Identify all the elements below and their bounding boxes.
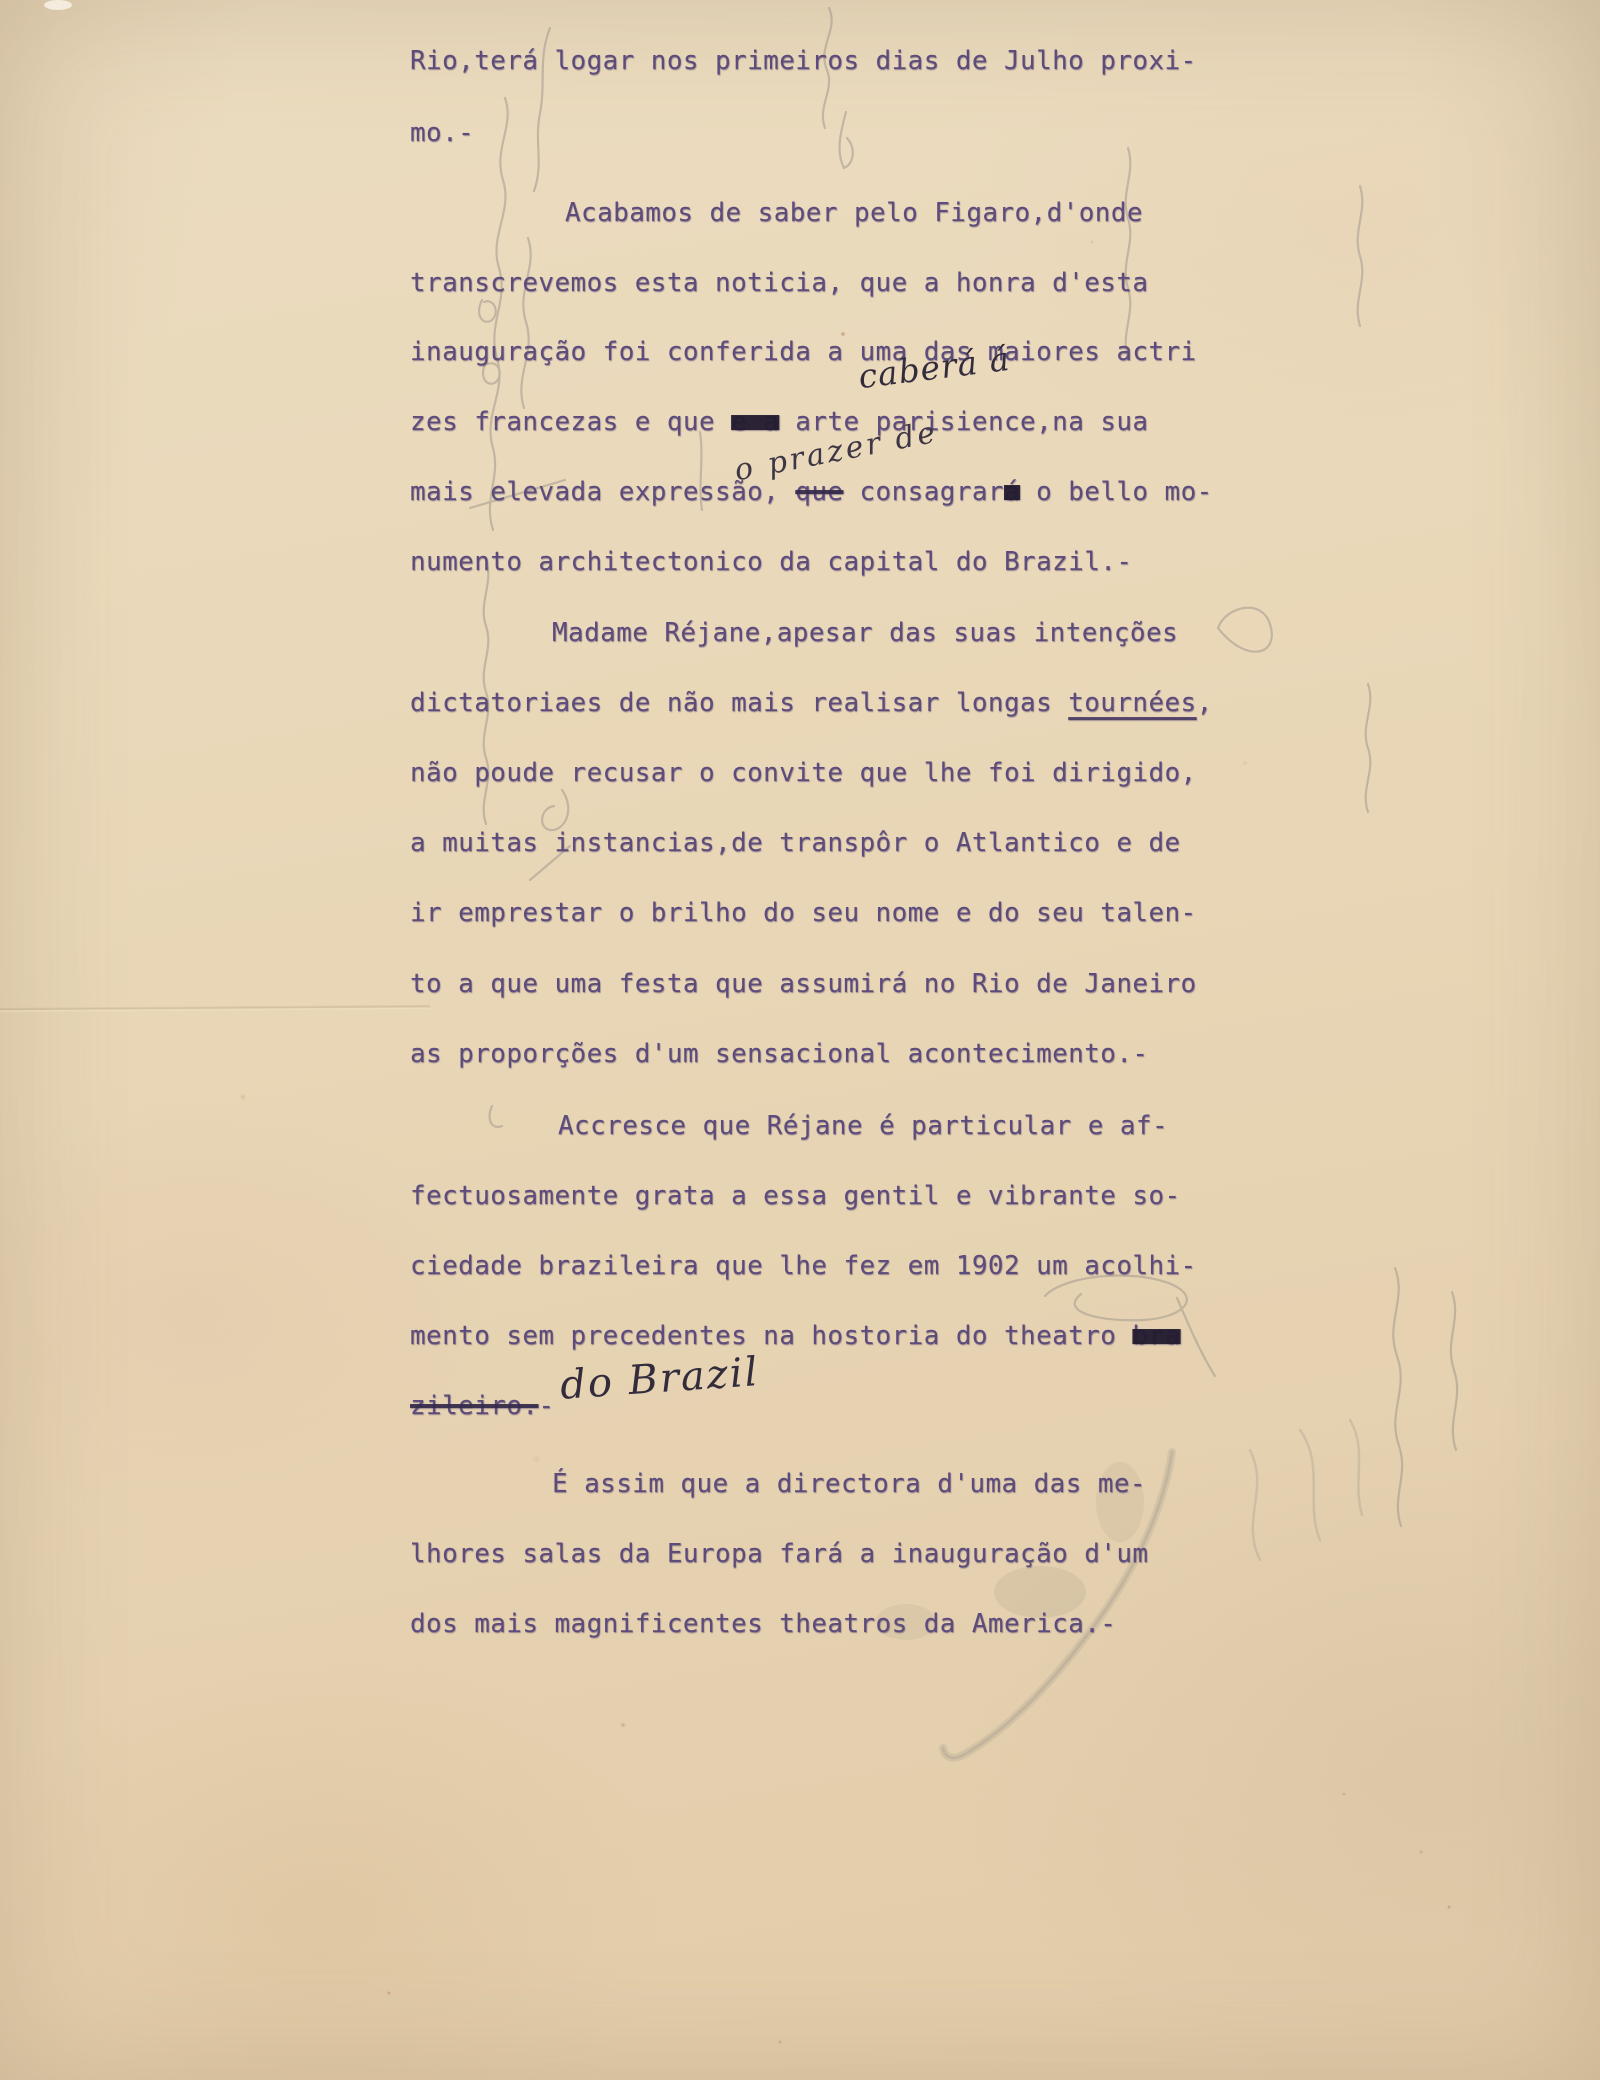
typed-line: não poude recusar o convite que lhe foi … xyxy=(410,758,1197,788)
typed-line: ciedade brazileira que lhe fez em 1902 u… xyxy=(410,1251,1197,1281)
typed-line: as proporções d'um sensacional acontecim… xyxy=(410,1039,1148,1069)
typed-line: mento sem precedentes na hostoria do the… xyxy=(410,1321,1181,1351)
typed-line: a muitas instancias,de transpôr o Atlant… xyxy=(410,828,1181,858)
underlined-text: tournées xyxy=(1068,688,1196,718)
document-page: Rio,terá logar nos primeiros dias de Jul… xyxy=(0,0,1600,2080)
typed-line: lhores salas da Europa fará a inauguraçã… xyxy=(410,1539,1148,1569)
typed-line: fectuosamente grata a essa gentil e vibr… xyxy=(410,1181,1181,1211)
typed-line: É assim que a directora d'uma das me- xyxy=(552,1469,1146,1499)
pencil-squiggle xyxy=(1358,186,1363,326)
typed-line: dictatoriaes de não mais realisar longas… xyxy=(410,688,1213,718)
typed-line: mo.- xyxy=(410,118,474,148)
struck-text: que xyxy=(795,477,843,507)
typed-line: mais elevada expressão, que consagrará o… xyxy=(410,477,1213,507)
typed-line: zileiro.- xyxy=(410,1391,571,1421)
typed-line: numento architectonico da capital do Bra… xyxy=(410,547,1132,577)
pencil-squiggle xyxy=(490,1106,502,1127)
pencil-squiggle xyxy=(1250,1420,1362,1560)
typed-line: transcrevemos esta noticia, que a honra … xyxy=(410,268,1148,298)
pencil-squiggle xyxy=(1126,148,1131,360)
typed-segment: arte parisience,na sua xyxy=(779,407,1148,437)
struck-text: á xyxy=(1004,477,1020,507)
typed-line: inauguração foi conferida a uma das maio… xyxy=(410,337,1197,367)
typed-line: Madame Réjane,apesar das suas intenções xyxy=(552,618,1178,648)
pencil-squiggle xyxy=(521,238,530,408)
typed-line: Acabamos de saber pelo Figaro,d'onde xyxy=(565,198,1143,228)
typed-line: Accresce que Réjane é particular e af- xyxy=(558,1111,1168,1141)
pencil-squiggle xyxy=(1451,1292,1457,1450)
typed-segment: , xyxy=(1197,688,1213,718)
pencil-squiggle xyxy=(840,112,853,168)
pencil-squiggle xyxy=(1366,684,1371,812)
struck-text: bra xyxy=(1132,1321,1180,1351)
typed-line: ir emprestar o brilho do seu nome e do s… xyxy=(410,898,1197,928)
typed-line: dos mais magnificentes theatros da Ameri… xyxy=(410,1609,1116,1639)
typed-segment: consagrar xyxy=(843,477,1004,507)
typed-line: to a que uma festa que assumirá no Rio d… xyxy=(410,969,1197,999)
typed-segment: mento sem precedentes na hostoria do the… xyxy=(410,1321,1132,1351)
typed-segment: zes francezas e que xyxy=(410,407,731,437)
pencil-squiggle xyxy=(1218,608,1272,652)
struck-text: zileiro. xyxy=(410,1391,538,1421)
typed-segment: dictatoriaes de não mais realisar longas xyxy=(410,688,1068,718)
struck-text: e a xyxy=(731,407,779,437)
typed-segment: o bello mo- xyxy=(1020,477,1213,507)
pencil-squiggle xyxy=(1393,1268,1402,1526)
typed-line: zes francezas e que e a arte parisience,… xyxy=(410,407,1148,437)
pencil-squiggle xyxy=(490,98,508,530)
typed-line: Rio,terá logar nos primeiros dias de Jul… xyxy=(410,46,1197,76)
